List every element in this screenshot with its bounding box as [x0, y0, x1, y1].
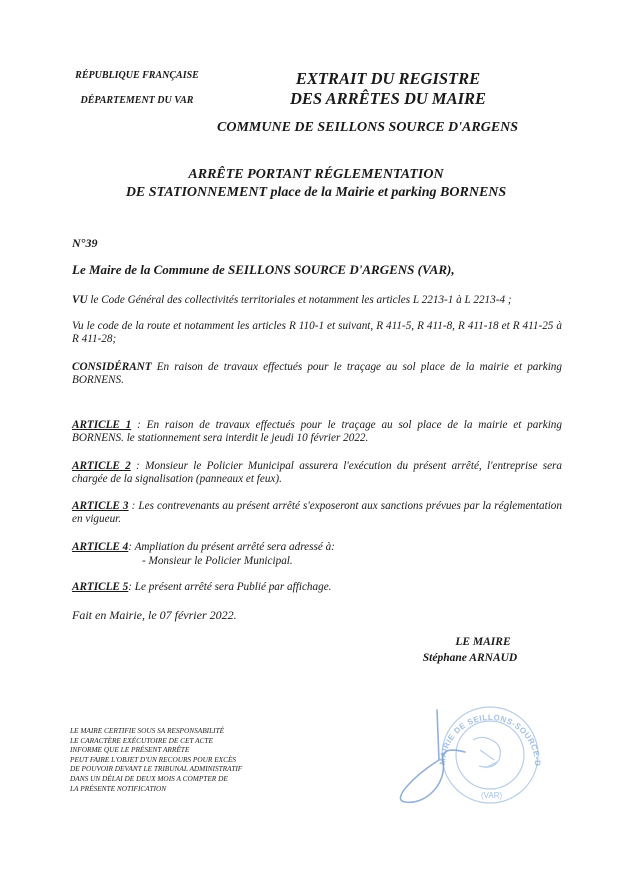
vu-lead: VU: [72, 294, 88, 306]
header-registre: DES ARRÊTES DU MAIRE: [258, 89, 518, 108]
article-1-text: : En raison de travaux effectués pour le…: [72, 419, 562, 444]
arrete-number: N°39: [72, 236, 97, 251]
certification-line: LE MAIRE CERTIFIE SOUS SA RESPONSABILITÉ: [70, 726, 242, 736]
signature-name: Stéphane ARNAUD: [395, 651, 545, 666]
certification-block: LE MAIRE CERTIFIE SOUS SA RESPONSABILITÉ…: [70, 726, 242, 793]
article-4-recipient: - Monsieur le Policier Municipal.: [142, 555, 293, 568]
document-title-line2: DE STATIONNEMENT place de la Mairie et p…: [56, 184, 576, 202]
vu-code-general: VU le Code Général des collectivités ter…: [72, 294, 512, 307]
certification-line: DANS UN DÉLAI DE DEUX MOIS A COMPTER DE: [70, 774, 242, 784]
stamp-text: MAIRIE DE SEILLONS-SOURCE-D'ARGENS: [385, 690, 542, 767]
article-4-text: : Ampliation du présent arrêté sera adre…: [128, 541, 335, 553]
article-4-label: ARTICLE 4: [72, 541, 128, 553]
svg-text:MAIRIE DE SEILLONS-SOURCE-D'AR: MAIRIE DE SEILLONS-SOURCE-D'ARGENS: [385, 690, 542, 767]
title-rest-part: place de la Mairie et parking BORNENS: [267, 185, 506, 200]
article-2-text: : Monsieur le Policier Municipal assurer…: [72, 460, 562, 485]
certification-line: PEUT FAIRE L'OBJET D'UN RECOURS POUR EXC…: [70, 755, 242, 765]
title-bold-part: DE STATIONNEMENT: [126, 185, 267, 200]
header-republique: RÉPUBLIQUE FRANÇAISE: [62, 70, 212, 81]
considerant: CONSIDÉRANT En raison de travaux effectu…: [72, 361, 562, 387]
certification-line: LA PRÉSENTE NOTIFICATION: [70, 784, 242, 794]
signature-role: LE MAIRE: [418, 635, 548, 650]
header-departement: DÉPARTEMENT DU VAR: [62, 95, 212, 106]
header-commune: COMMUNE DE SEILLONS SOURCE D'ARGENS: [217, 120, 518, 136]
mairie-stamp: MAIRIE DE SEILLONS-SOURCE-D'ARGENS (VAR): [385, 690, 555, 810]
vu-text: le Code Général des collectivités territ…: [88, 294, 512, 306]
article-3: ARTICLE 3 : Les contrevenants au présent…: [72, 500, 562, 526]
considerant-lead: CONSIDÉRANT: [72, 361, 152, 373]
article-1: ARTICLE 1 : En raison de travaux effectu…: [72, 419, 562, 445]
article-1-label: ARTICLE 1: [72, 419, 131, 431]
certification-line: INFORME QUE LE PRÉSENT ARRÊTE: [70, 745, 242, 755]
stamp-seal-icon: MAIRIE DE SEILLONS-SOURCE-D'ARGENS (VAR): [385, 690, 555, 810]
article-5-text: : Le présent arrêté sera Publié par affi…: [128, 581, 331, 593]
article-2-label: ARTICLE 2: [72, 460, 131, 472]
article-2: ARTICLE 2 : Monsieur le Policier Municip…: [72, 460, 562, 486]
done-at: Fait en Mairie, le 07 février 2022.: [72, 608, 237, 623]
article-5: ARTICLE 5: Le présent arrêté sera Publié…: [72, 581, 562, 594]
article-3-text: : Les contrevenants au présent arrêté s'…: [72, 500, 562, 525]
vu-code-route: Vu le code de la route et notamment les …: [72, 320, 562, 346]
certification-line: DE POUVOIR DEVANT LE TRIBUNAL ADMINISTRA…: [70, 764, 242, 774]
article-4: ARTICLE 4: Ampliation du présent arrêté …: [72, 541, 562, 554]
header-extrait: EXTRAIT DU REGISTRE: [258, 69, 518, 88]
certification-line: LE CARACTÈRE EXÉCUTOIRE DE CET ACTE: [70, 736, 242, 746]
svg-text:(VAR): (VAR): [481, 791, 503, 800]
article-5-label: ARTICLE 5: [72, 581, 128, 593]
article-3-label: ARTICLE 3: [72, 500, 129, 512]
mayor-line: Le Maire de la Commune de SEILLONS SOURC…: [72, 262, 455, 278]
document-title-line1: ARRÊTE PORTANT RÉGLEMENTATION: [56, 166, 576, 184]
